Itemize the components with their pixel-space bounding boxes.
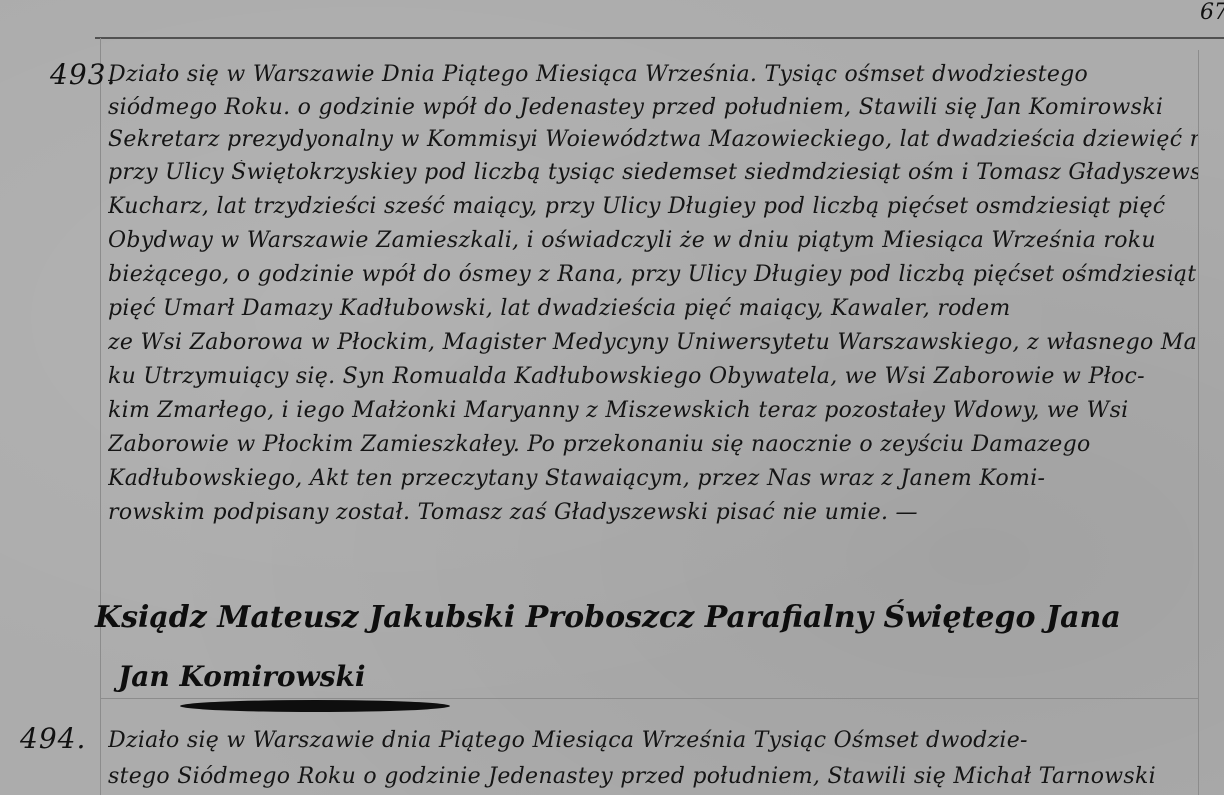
entry-493-line-4: przy Ulicy Świętokrzyskiey pod liczbą ty… xyxy=(108,160,1198,185)
entry-493-line-12: Zaborowie w Płockim Zamieszkałey. Po prz… xyxy=(108,432,1198,457)
entry-493-line-10: ku Utrzymuiący się. Syn Romualda Kadłubo… xyxy=(108,364,1198,389)
page-number: 67 xyxy=(1200,0,1224,25)
entry-493-line-11: kim Zmarłego, i iego Małżonki Maryanny z… xyxy=(108,398,1198,423)
entry-494-line-2: stego Siódmego Roku o godzinie Jedenaste… xyxy=(108,764,1198,789)
entry-493-line-5: Kucharz, lat trzydzieści sześć maiący, p… xyxy=(108,194,1198,219)
entry-number-494: 494. xyxy=(20,722,86,755)
entry-493-line-8: pięć Umarł Damazy Kadłubowski, lat dwadz… xyxy=(108,296,1198,321)
left-margin-line xyxy=(100,38,101,795)
right-margin-line xyxy=(1198,50,1199,795)
signature-flourish xyxy=(180,700,450,712)
entry-493-line-2: siódmego Roku. o godzinie wpół do Jedena… xyxy=(108,95,1198,120)
scanned-register-page: 67 493. Działo się w Warszawie Dnia Piąt… xyxy=(0,0,1224,795)
entry-separator-line xyxy=(100,698,1198,699)
entry-493-line-9: ze Wsi Zaborowa w Płockim, Magister Medy… xyxy=(108,330,1198,355)
officiant-signature: Ksiądz Mateusz Jakubski Proboszcz Parafi… xyxy=(95,600,1121,635)
entry-494-line-1: Działo się w Warszawie dnia Piątego Mies… xyxy=(108,728,1198,753)
entry-493-line-3: Sekretarz prezydyonalny w Kommisyi Woiew… xyxy=(108,127,1198,152)
entry-493-line-7: bieżącego, o godzinie wpół do ósmey z Ra… xyxy=(108,262,1198,287)
entry-493-line-6: Obydway w Warszawie Zamieszkali, i oświa… xyxy=(108,228,1198,253)
entry-number-493: 493. xyxy=(50,58,116,91)
witness-signature: Jan Komirowski xyxy=(118,660,366,693)
entry-493-line-1: Działo się w Warszawie Dnia Piątego Mies… xyxy=(108,62,1198,87)
top-ruled-line xyxy=(95,37,1224,39)
entry-493-line-13: Kadłubowskiego, Akt ten przeczytany Staw… xyxy=(108,466,1198,491)
entry-493-line-14: rowskim podpisany został. Tomasz zaś Gła… xyxy=(108,500,1198,525)
